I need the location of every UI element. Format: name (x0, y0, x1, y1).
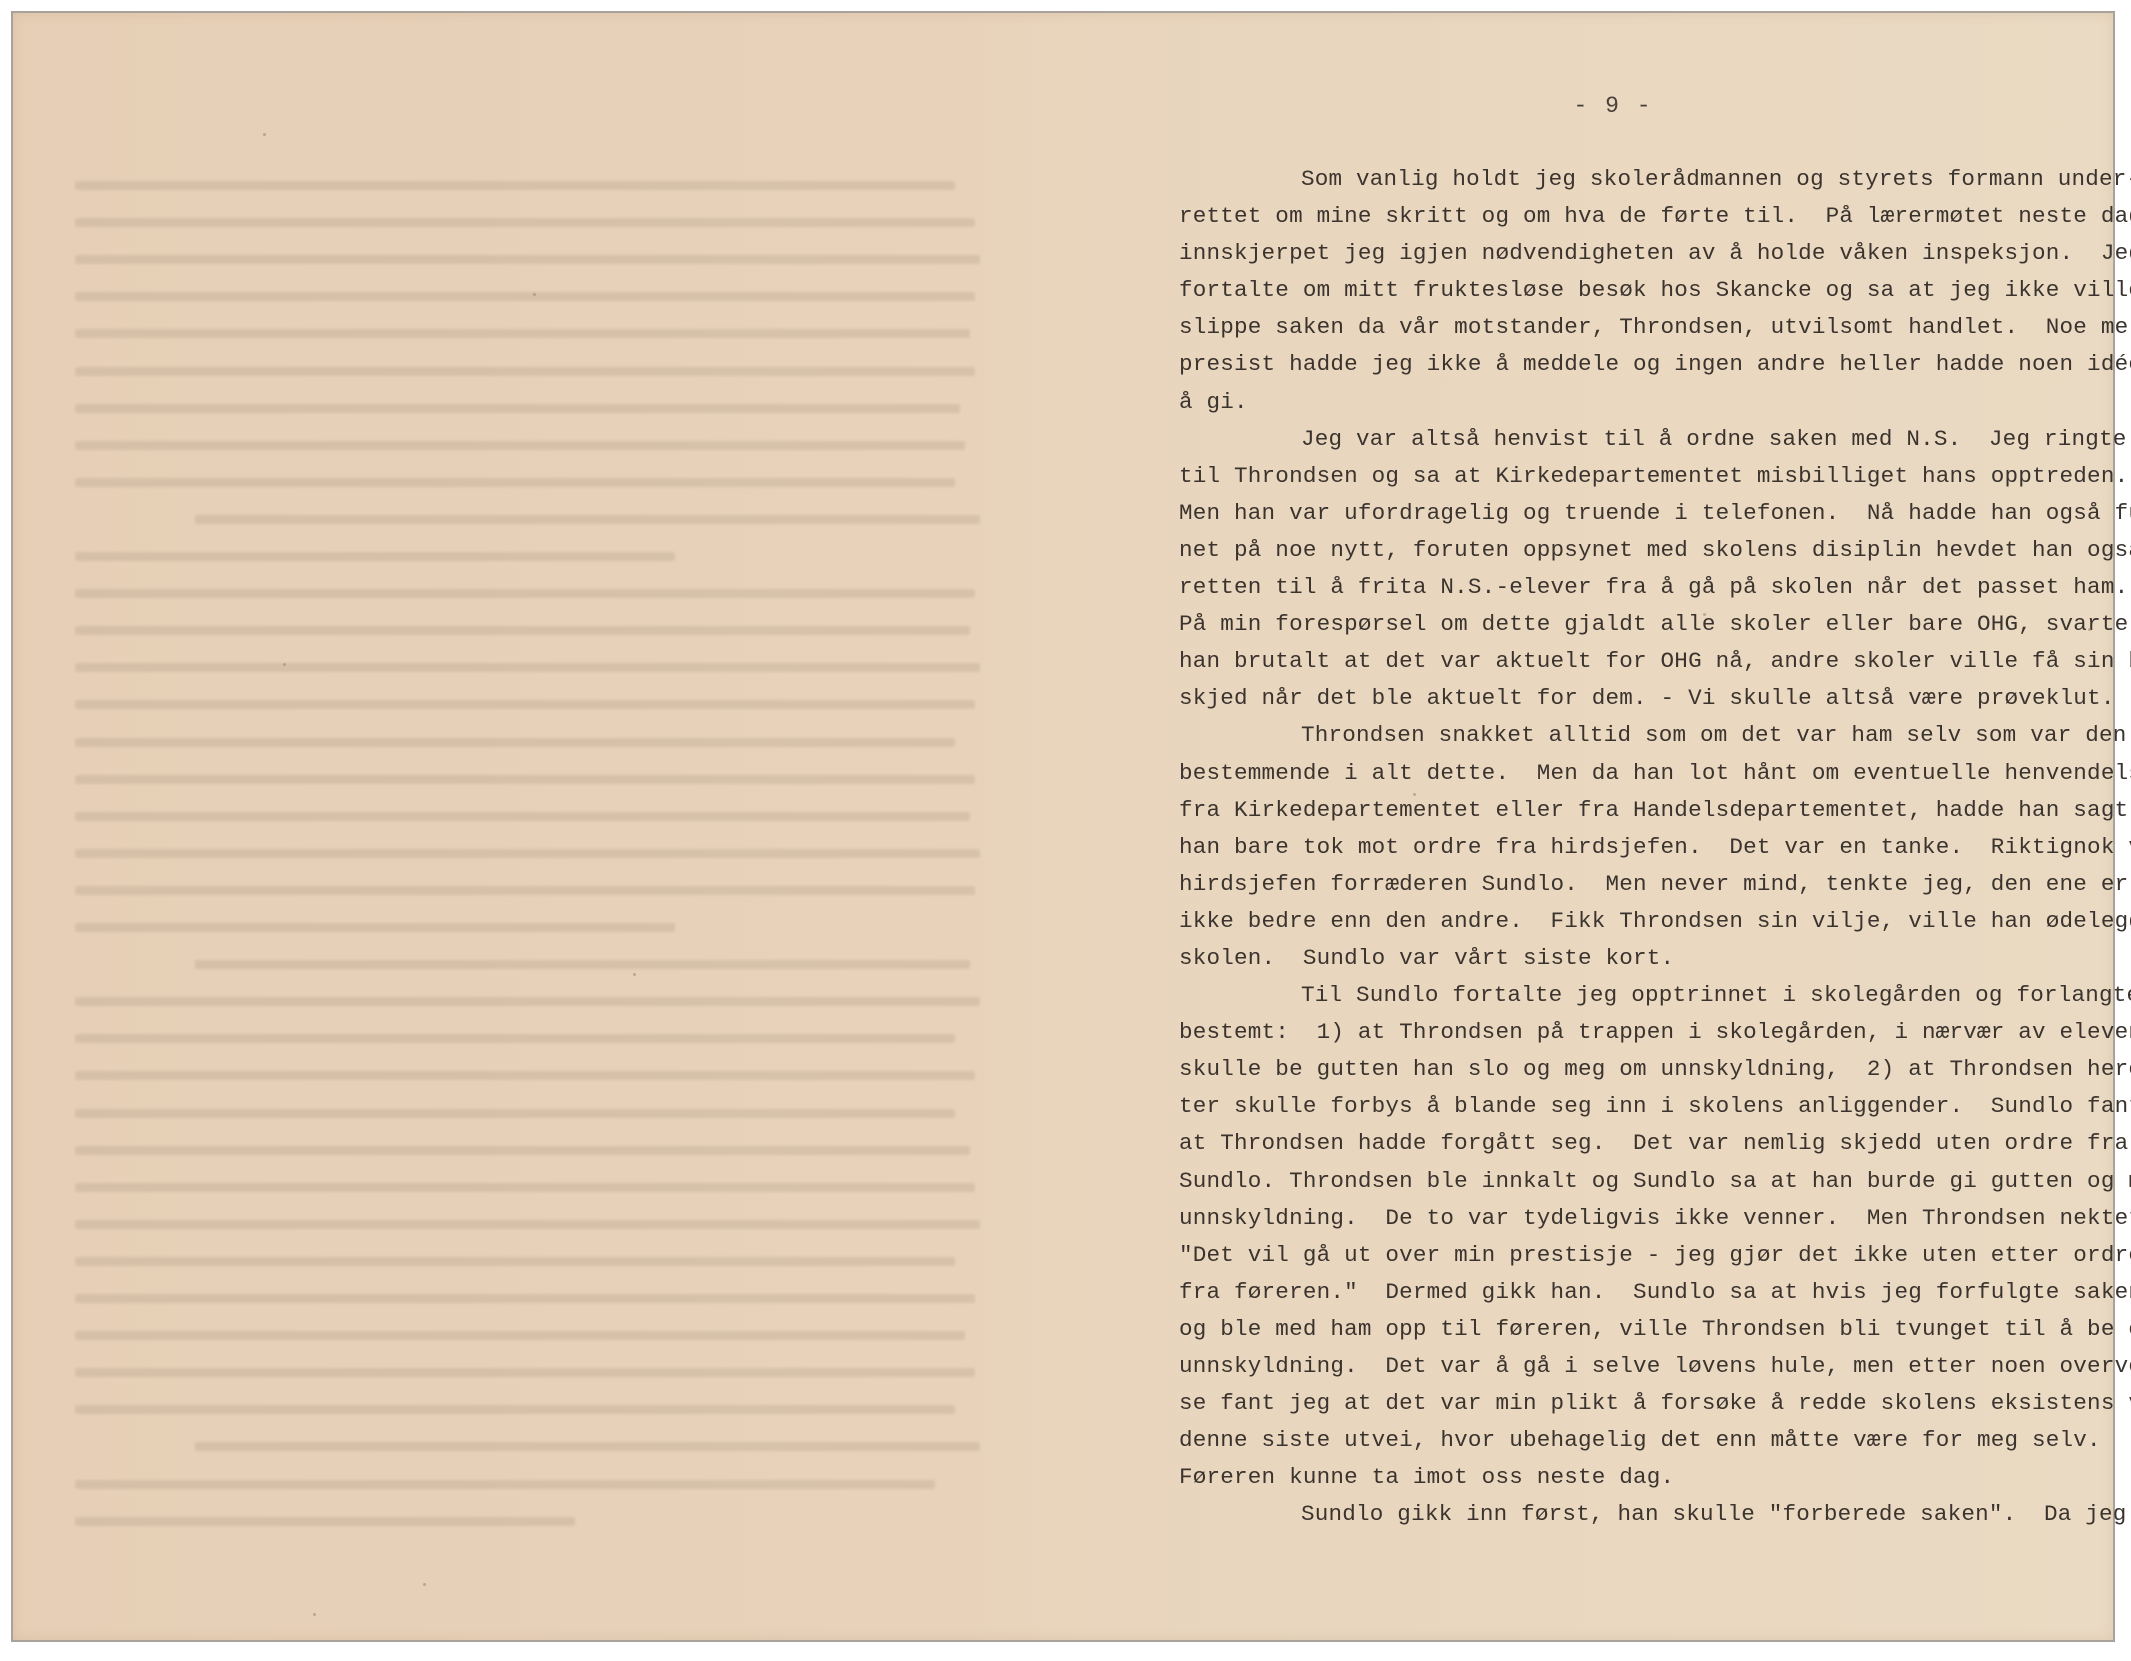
scanned-paper-spread: - 9 - Som vanlig holdt jeg skolerådmanne… (11, 11, 2115, 1642)
paper-speck (633, 973, 636, 976)
text-line: Føreren kunne ta imot oss neste dag. (1179, 1459, 2059, 1496)
show-through-text-line (75, 181, 955, 190)
show-through-text-line (75, 775, 975, 784)
text-line: han brutalt at det var aktuelt for OHG n… (1179, 643, 2059, 680)
show-through-text-line (75, 218, 975, 227)
show-through-text-line (75, 1257, 955, 1266)
show-through-text-line (75, 1480, 935, 1489)
text-line: se fant jeg at det var min plikt å forsø… (1179, 1385, 2059, 1422)
text-line: skolen. Sundlo var vårt siste kort. (1179, 940, 2059, 977)
text-line: skjed når det ble aktuelt for dem. - Vi … (1179, 680, 2059, 717)
text-line: Throndsen snakket alltid som om det var … (1179, 717, 2059, 754)
paragraph: Sundlo gikk inn først, han skulle "forbe… (1179, 1496, 2059, 1533)
show-through-text-line (75, 1405, 955, 1414)
text-line: til Throndsen og sa at Kirkedepartemente… (1179, 458, 2059, 495)
text-line: fortalte om mitt fruktesløse besøk hos S… (1179, 272, 2059, 309)
text-line: "Det vil gå ut over min prestisje - jeg … (1179, 1237, 2059, 1274)
text-line: retten til å frita N.S.-elever fra å gå … (1179, 569, 2059, 606)
show-through-text-line (75, 478, 955, 487)
show-through-text-line (75, 292, 975, 301)
show-through-text-line (195, 515, 980, 524)
page-number: - 9 - (1053, 93, 2131, 119)
text-line: fra føreren." Dermed gikk han. Sundlo sa… (1179, 1274, 2059, 1311)
show-through-text-line (195, 960, 970, 969)
paper-speck (423, 1583, 426, 1586)
text-line: unnskyldning. Det var å gå i selve løven… (1179, 1348, 2059, 1385)
show-through-text-line (75, 663, 980, 672)
paragraph: Som vanlig holdt jeg skolerådmannen og s… (1179, 161, 2059, 421)
show-through-text-line (75, 923, 675, 932)
text-line: ter skulle forbys å blande seg inn i sko… (1179, 1088, 2059, 1125)
text-line: han bare tok mot ordre fra hirdsjefen. D… (1179, 829, 2059, 866)
text-line: Sundlo. Throndsen ble innkalt og Sundlo … (1179, 1163, 2059, 1200)
show-through-text-line (75, 255, 980, 264)
paper-speck (313, 1613, 316, 1616)
show-through-text-line (75, 1220, 980, 1229)
paragraph: Throndsen snakket alltid som om det var … (1179, 717, 2059, 977)
text-line: Men han var ufordragelig og truende i te… (1179, 495, 2059, 532)
show-through-text-line (75, 700, 975, 709)
text-line: bestemt: 1) at Throndsen på trappen i sk… (1179, 1014, 2059, 1051)
show-through-text-line (75, 329, 970, 338)
text-line: Jeg var altså henvist til å ordne saken … (1179, 421, 2059, 458)
text-line: Som vanlig holdt jeg skolerådmannen og s… (1179, 161, 2059, 198)
show-through-text-line (75, 1331, 965, 1340)
text-line: unnskyldning. De to var tydeligvis ikke … (1179, 1200, 2059, 1237)
text-line: å gi. (1179, 384, 2059, 421)
text-line: På min forespørsel om dette gjaldt alle … (1179, 606, 2059, 643)
text-line: og ble med ham opp til føreren, ville Th… (1179, 1311, 2059, 1348)
paragraph: Jeg var altså henvist til å ordne saken … (1179, 421, 2059, 718)
text-line: net på noe nytt, foruten oppsynet med sk… (1179, 532, 2059, 569)
text-line: denne siste utvei, hvor ubehagelig det e… (1179, 1422, 2059, 1459)
show-through-text-line (195, 1442, 980, 1451)
show-through-text-line (75, 1294, 975, 1303)
paragraph: Til Sundlo fortalte jeg opptrinnet i sko… (1179, 977, 2059, 1496)
show-through-text-line (75, 886, 975, 895)
paper-speck (2088, 628, 2091, 631)
text-line: at Throndsen hadde forgått seg. Det var … (1179, 1125, 2059, 1162)
show-through-text-line (75, 1034, 955, 1043)
text-line: ikke bedre enn den andre. Fikk Throndsen… (1179, 903, 2059, 940)
typewritten-body: Som vanlig holdt jeg skolerådmannen og s… (1179, 161, 2059, 1533)
show-through-text-line (75, 441, 965, 450)
left-page-show-through (13, 13, 1053, 1640)
text-line: fra Kirkedepartementet eller fra Handels… (1179, 792, 2059, 829)
paper-speck (263, 133, 266, 136)
paper-speck (1413, 793, 1416, 796)
show-through-text-line (75, 1368, 975, 1377)
paper-speck (533, 293, 536, 296)
text-line: Sundlo gikk inn først, han skulle "forbe… (1179, 1496, 2059, 1533)
show-through-text-line (75, 849, 980, 858)
show-through-text-line (75, 738, 955, 747)
show-through-text-line (75, 812, 970, 821)
show-through-text-line (75, 1071, 975, 1080)
text-line: bestemmende i alt dette. Men da han lot … (1179, 755, 2059, 792)
paper-speck (283, 663, 286, 666)
text-line: slippe saken da vår motstander, Throndse… (1179, 309, 2059, 346)
show-through-text-line (75, 589, 975, 598)
show-through-text-line (75, 367, 975, 376)
show-through-text-line (75, 1146, 970, 1155)
right-page: - 9 - Som vanlig holdt jeg skolerådmanne… (1053, 13, 2113, 1640)
text-line: presist hadde jeg ikke å meddele og inge… (1179, 346, 2059, 383)
text-line: skulle be gutten han slo og meg om unnsk… (1179, 1051, 2059, 1088)
text-line: innskjerpet jeg igjen nødvendigheten av … (1179, 235, 2059, 272)
show-through-text-line (75, 552, 675, 561)
show-through-text-line (75, 1109, 955, 1118)
show-through-text-line (75, 997, 980, 1006)
show-through-text-line (75, 404, 960, 413)
text-line: hirdsjefen forræderen Sundlo. Men never … (1179, 866, 2059, 903)
text-line: rettet om mine skritt og om hva de førte… (1179, 198, 2059, 235)
show-through-text-line (75, 1183, 975, 1192)
show-through-text-line (75, 1517, 575, 1526)
paper-speck (1703, 613, 1706, 616)
show-through-text-line (75, 626, 970, 635)
text-line: Til Sundlo fortalte jeg opptrinnet i sko… (1179, 977, 2059, 1014)
